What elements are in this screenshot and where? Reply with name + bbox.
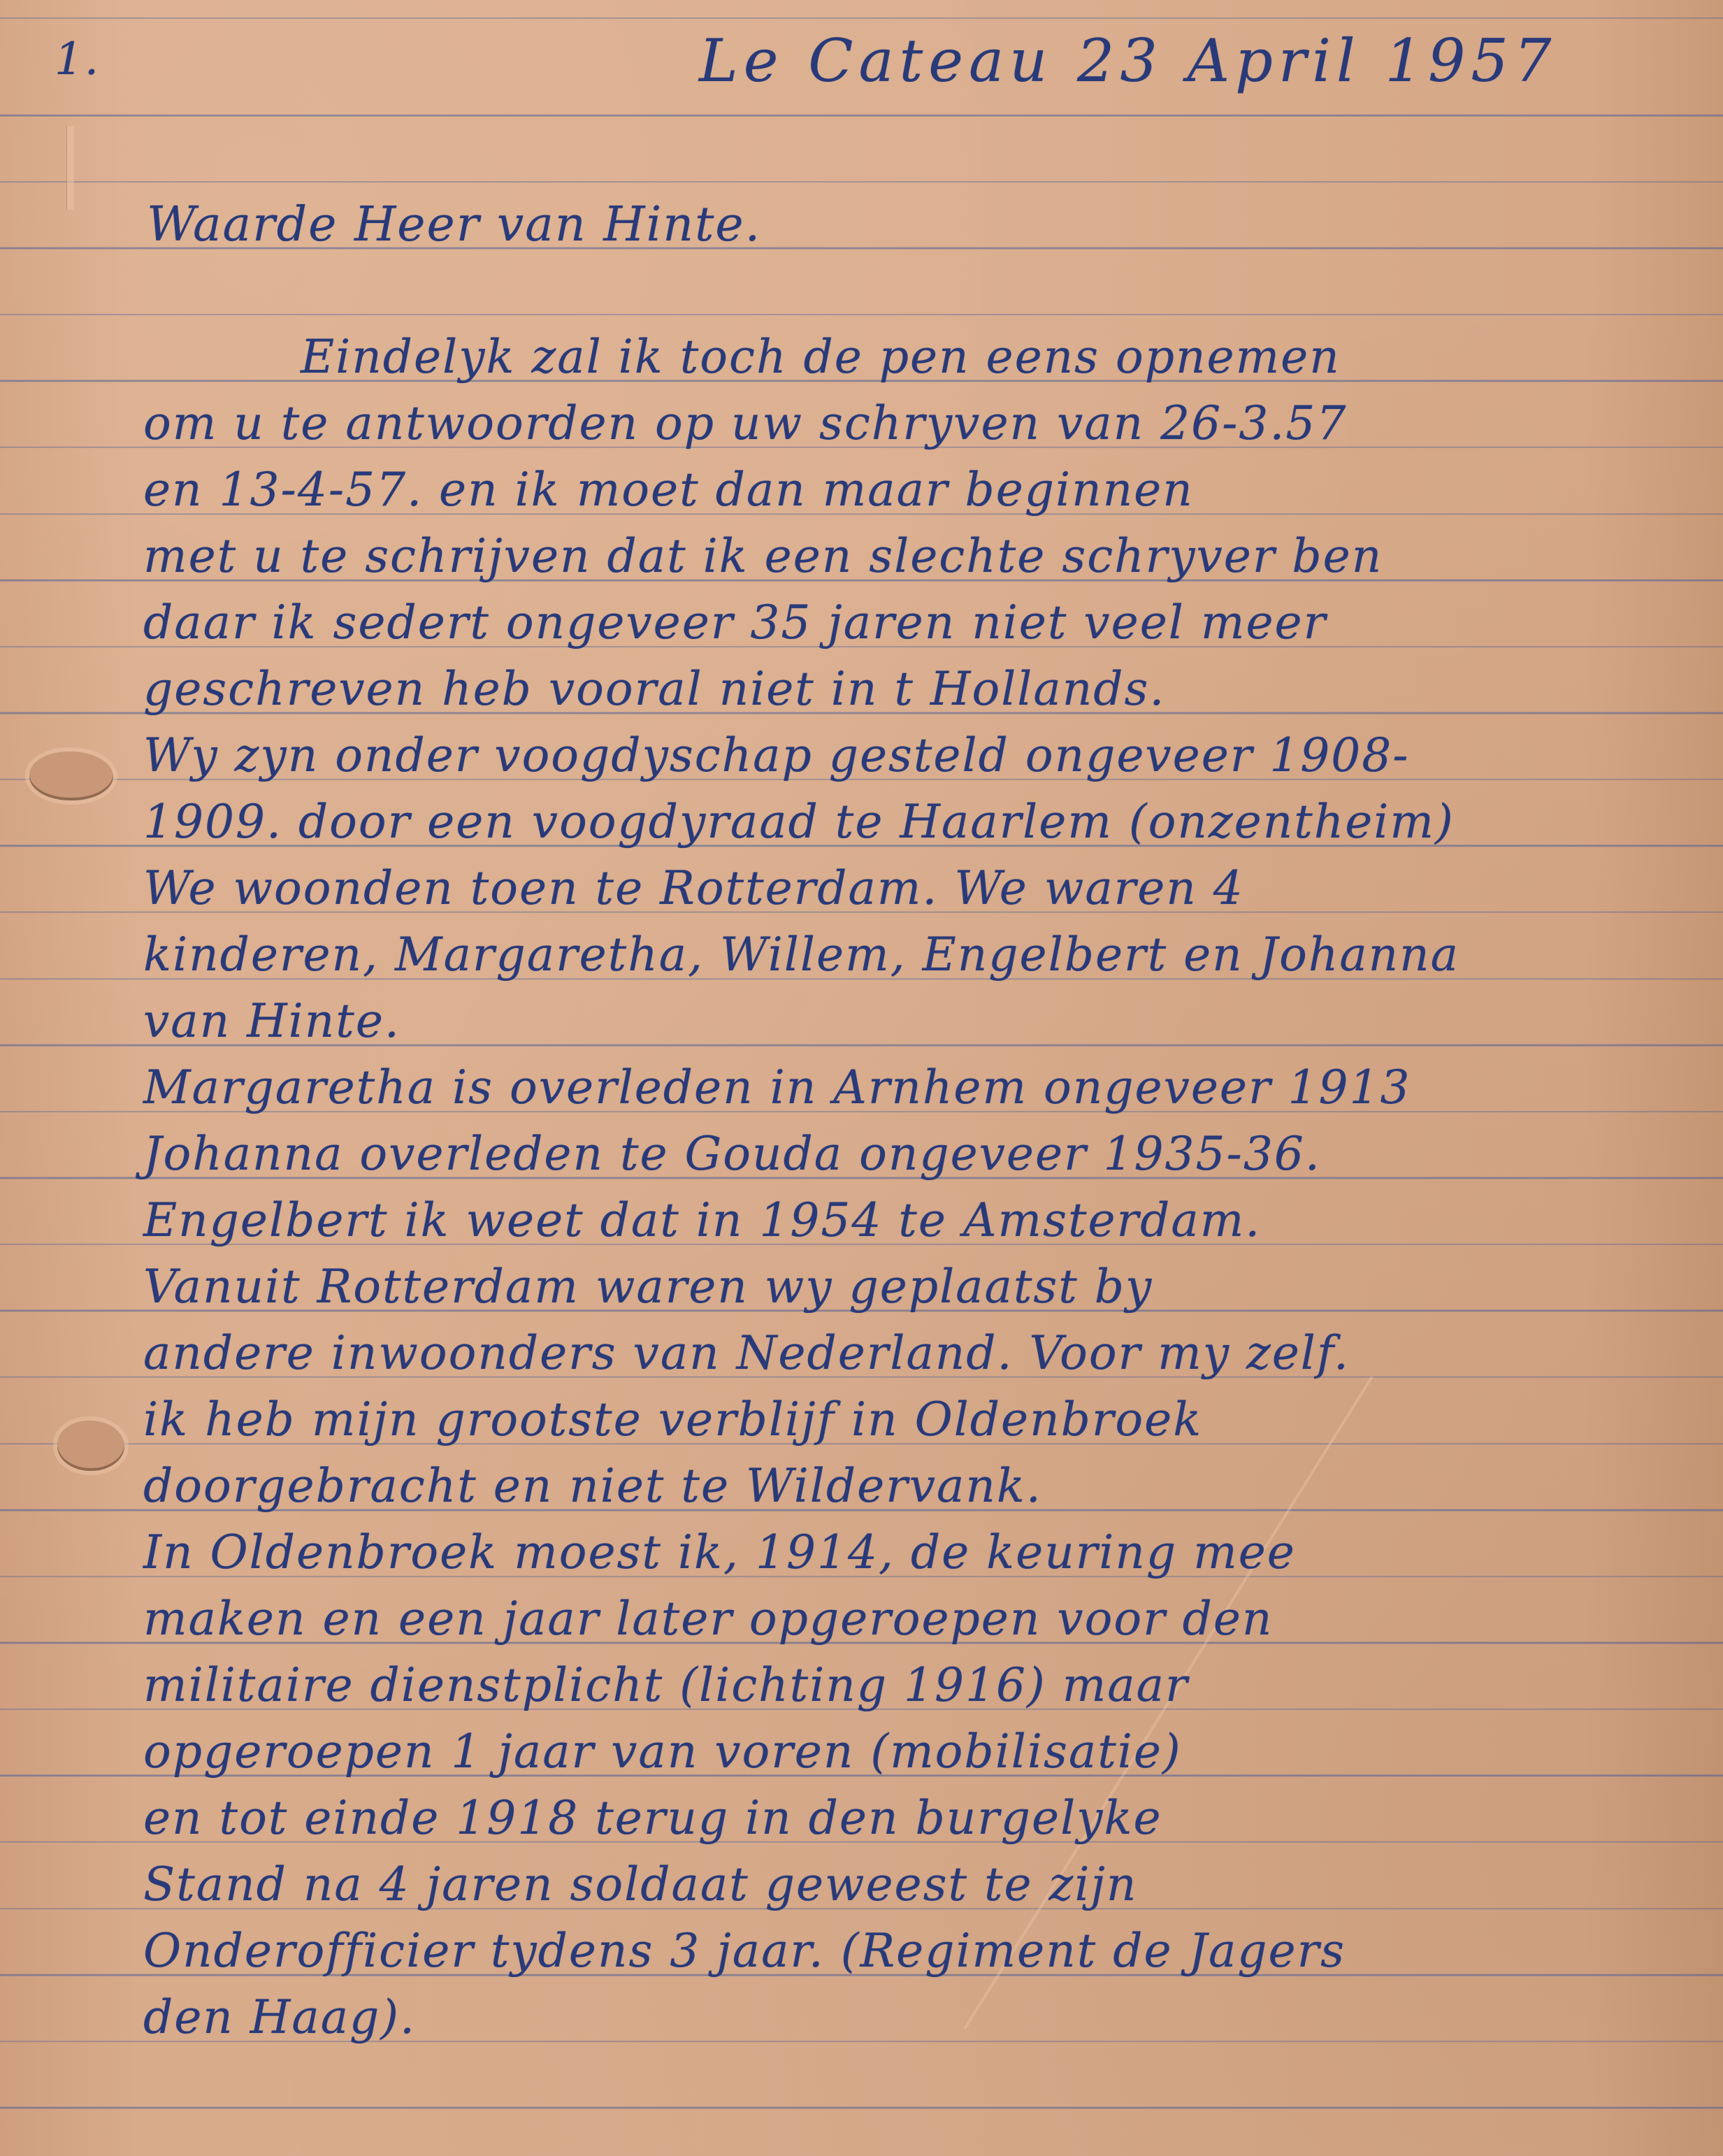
letter-line: opgeroepen 1 jaar van voren (mobilisatie… <box>143 1725 1182 1778</box>
letter-line: We woonden toen te Rotterdam. We waren 4 <box>143 861 1244 915</box>
letter-line: doorgebracht en niet te Wildervank. <box>143 1459 1042 1513</box>
letter-line: kinderen, Margaretha, Willem, Engelbert … <box>143 928 1459 982</box>
letter-line: om u te antwoorden op uw schryven van 26… <box>143 396 1347 450</box>
letter-line: Vanuit Rotterdam waren wy geplaatst by <box>143 1260 1153 1314</box>
letter-line: In Oldenbroek moest ik, 1914, de keuring… <box>143 1525 1296 1579</box>
punch-hole-bottom <box>57 1421 124 1471</box>
page-number: 1. <box>55 34 100 85</box>
letter-line: Margaretha is overleden in Arnhem ongeve… <box>143 1061 1411 1114</box>
margin-crease-mark <box>66 126 74 210</box>
letter-line: Wy zyn onder voogdyschap gesteld ongevee… <box>143 728 1410 782</box>
letter-line: ik heb mijn grootste verblijf in Oldenbr… <box>143 1393 1202 1446</box>
letter-line: maken en een jaar later opgeroepen voor … <box>143 1592 1273 1646</box>
punch-hole-top <box>29 752 113 800</box>
letter-line: Johanna overleden te Gouda ongeveer 1935… <box>143 1127 1321 1181</box>
letter-line: militaire dienstplicht (lichting 1916) m… <box>143 1658 1189 1712</box>
letter-line: Eindelyk zal ik toch de pen eens opnemen <box>301 330 1341 384</box>
salutation: Waarde Heer van Hinte. <box>147 197 761 252</box>
letter-page: 1. Le Cateau 23 April 1957 Waarde Heer v… <box>0 0 1723 2156</box>
letter-line: daar ik sedert ongeveer 35 jaren niet ve… <box>143 596 1327 649</box>
letter-line: en 13-4-57. en ik moet dan maar beginnen <box>143 463 1194 517</box>
letter-line: Onderofficier tydens 3 jaar. (Regiment d… <box>143 1924 1346 1978</box>
dateline: Le Cateau 23 April 1957 <box>699 27 1557 95</box>
letter-line: andere inwoonders van Nederland. Voor my… <box>143 1326 1350 1380</box>
letter-line: met u te schrijven dat ik een slechte sc… <box>143 529 1383 583</box>
letter-line: Engelbert ik weet dat in 1954 te Amsterd… <box>143 1193 1261 1247</box>
letter-line: 1909. door een voogdyraad te Haarlem (on… <box>143 795 1455 849</box>
letter-line: van Hinte. <box>143 994 401 1048</box>
letter-line: geschreven heb vooral niet in t Hollands… <box>143 662 1165 716</box>
letter-line: en tot einde 1918 terug in den burgelyke <box>143 1791 1162 1845</box>
letter-line: den Haag). <box>143 1990 416 2044</box>
letter-line: Stand na 4 jaren soldaat geweest te zijn <box>143 1857 1137 1911</box>
